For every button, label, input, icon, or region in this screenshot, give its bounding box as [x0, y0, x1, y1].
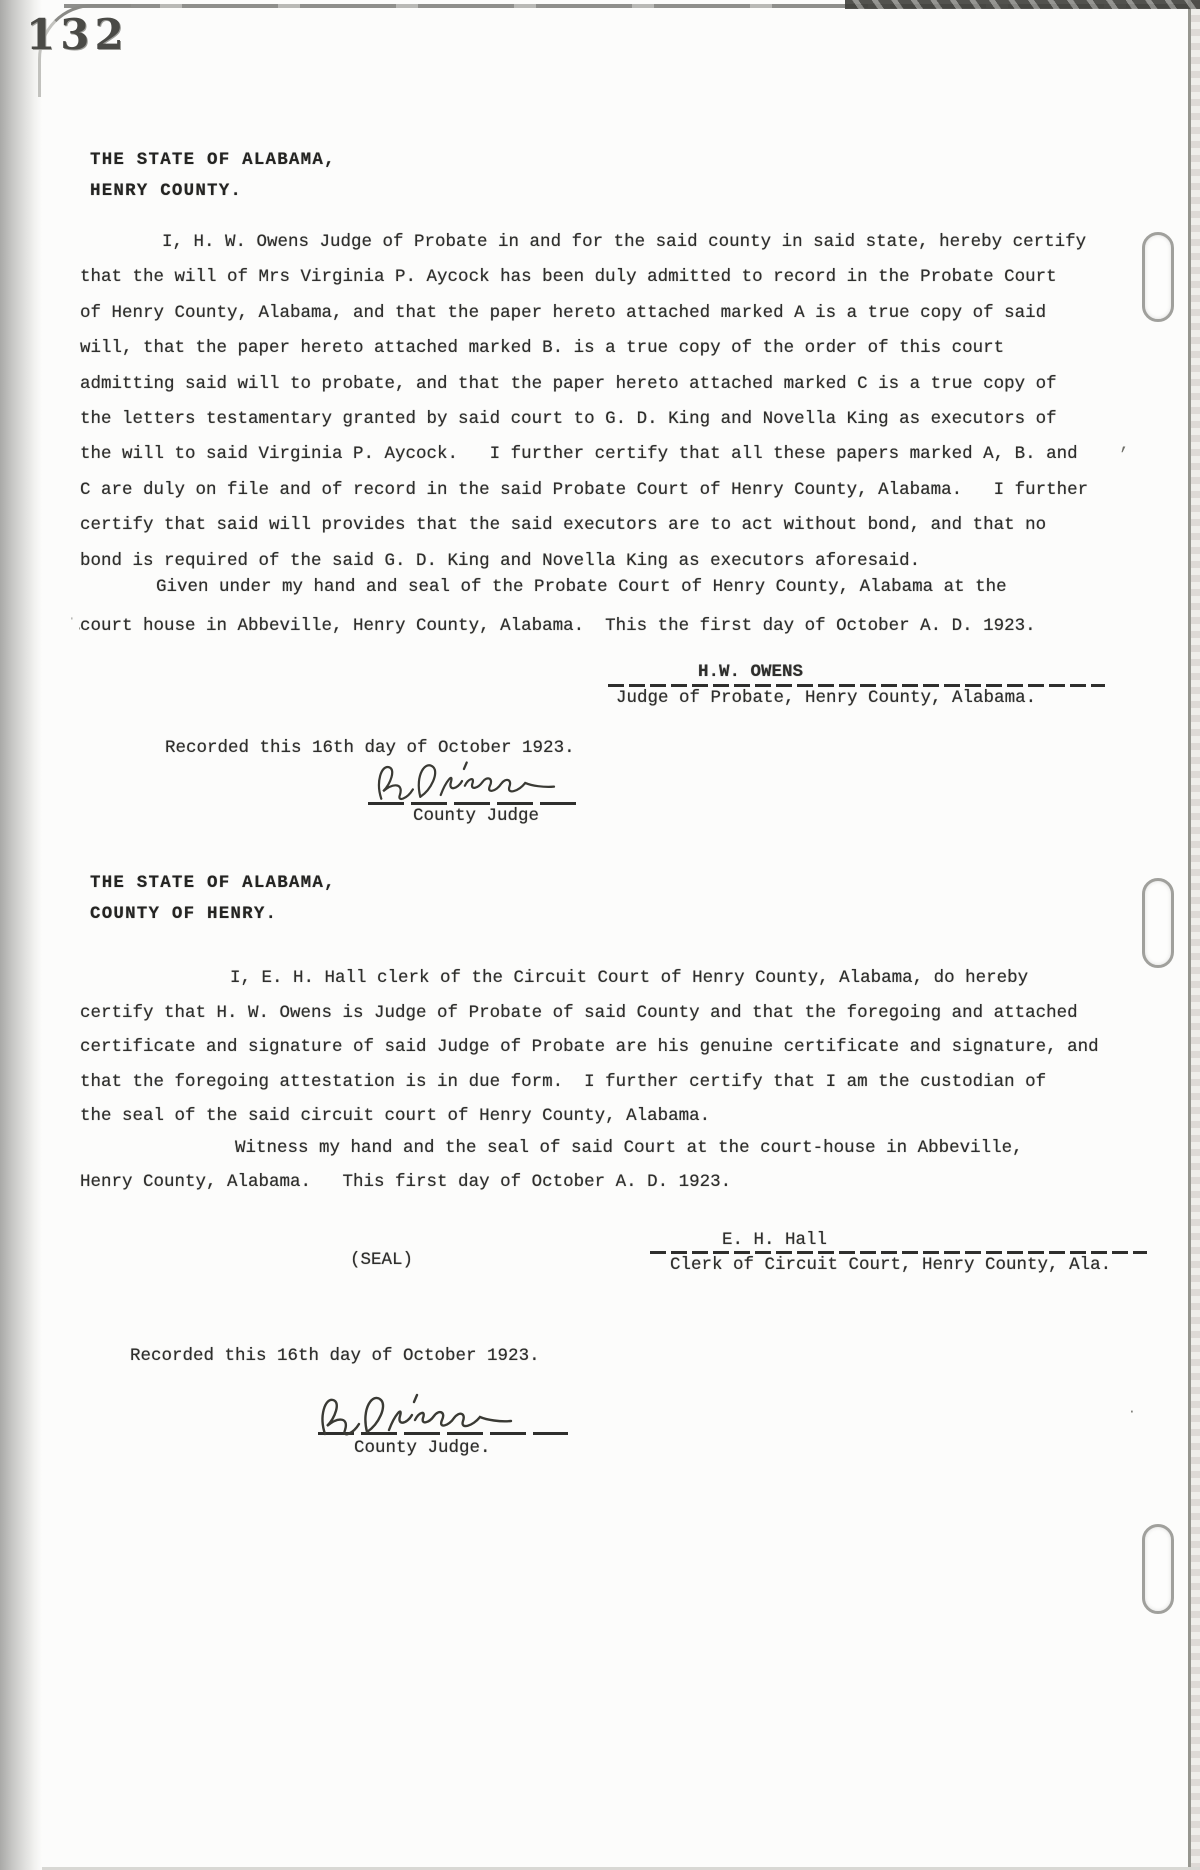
ink-speck: ·: [1128, 1404, 1136, 1419]
text-line: THE STATE OF ALABAMA,: [90, 868, 336, 899]
text-line: THE STATE OF ALABAMA,: [90, 145, 336, 176]
section2-paragraph2: Witness my hand and the seal of said Cou…: [80, 1131, 1023, 1199]
seal-label: (SEAL): [350, 1250, 413, 1270]
section1-paragraph1: I, H. W. Owens Judge of Probate in and f…: [80, 225, 1088, 579]
section1-heading: THE STATE OF ALABAMA,HENRY COUNTY.: [90, 145, 336, 206]
recorded-line-2: Recorded this 16th day of October 1923.: [130, 1346, 540, 1366]
section2-heading: THE STATE OF ALABAMA,COUNTY OF HENRY.: [90, 868, 336, 929]
text-line: of Henry County, Alabama, and that the p…: [80, 296, 1088, 331]
text-line: HENRY COUNTY.: [90, 176, 336, 207]
signature-name: H.W. OWENS: [698, 662, 803, 682]
scan-edge-left: [0, 0, 42, 1870]
text-line: I, E. H. Hall clerk of the Circuit Court…: [80, 961, 1099, 996]
document-scan: ’ ˈˌ · 132 THE STATE OF ALABAMA,HENRY CO…: [0, 0, 1200, 1870]
text-line: Henry County, Alabama. This first day of…: [80, 1165, 1023, 1199]
signature-rule: [650, 1251, 1147, 1254]
section2-paragraph1: I, E. H. Hall clerk of the Circuit Court…: [80, 961, 1099, 1134]
punch-hole: [1142, 878, 1174, 968]
text-line: C are duly on file and of record in the …: [80, 473, 1088, 508]
section1-paragraph2: Given under my hand and seal of the Prob…: [80, 568, 1036, 646]
signature-title: Clerk of Circuit Court, Henry County, Al…: [670, 1255, 1111, 1275]
handwritten-signature-county-judge: [315, 1388, 525, 1444]
text-line: Witness my hand and the seal of said Cou…: [80, 1131, 1023, 1165]
text-line: certify that said will provides that the…: [80, 508, 1088, 543]
text-line: certificate and signature of said Judge …: [80, 1030, 1099, 1065]
text-line: that the will of Mrs Virginia P. Aycock …: [80, 260, 1088, 295]
ink-speck: ’: [1118, 446, 1129, 466]
text-line: COUNTY OF HENRY.: [90, 899, 336, 930]
text-line: I, H. W. Owens Judge of Probate in and f…: [80, 225, 1088, 260]
text-line: the will to said Virginia P. Aycock. I f…: [80, 437, 1088, 472]
recorded-signature-title-1: County Judge: [413, 806, 539, 826]
signature-rule: [608, 684, 1105, 687]
torn-edge-top-right: [845, 0, 1200, 9]
text-line: the seal of the said circuit court of He…: [80, 1099, 1099, 1134]
text-line: will, that the paper hereto attached mar…: [80, 331, 1088, 366]
text-line: admitting said will to probate, and that…: [80, 367, 1088, 402]
scan-edge-right: [1191, 0, 1200, 1870]
text-line: certify that H. W. Owens is Judge of Pro…: [80, 996, 1099, 1031]
signature-name: E. H. Hall: [722, 1230, 827, 1250]
signature-title: Judge of Probate, Henry County, Alabama.: [616, 688, 1036, 708]
text-line: Given under my hand and seal of the Prob…: [80, 568, 1036, 607]
punch-hole: [1142, 1524, 1174, 1614]
text-line: court house in Abbeville, Henry County, …: [80, 607, 1036, 646]
handwritten-signature-county-judge: [372, 756, 567, 808]
page-number: 132: [26, 10, 129, 59]
punch-hole: [1142, 232, 1174, 322]
recorded-line-1: Recorded this 16th day of October 1923.: [165, 738, 575, 758]
text-line: that the foregoing attestation is in due…: [80, 1065, 1099, 1100]
text-line: the letters testamentary granted by said…: [80, 402, 1088, 437]
